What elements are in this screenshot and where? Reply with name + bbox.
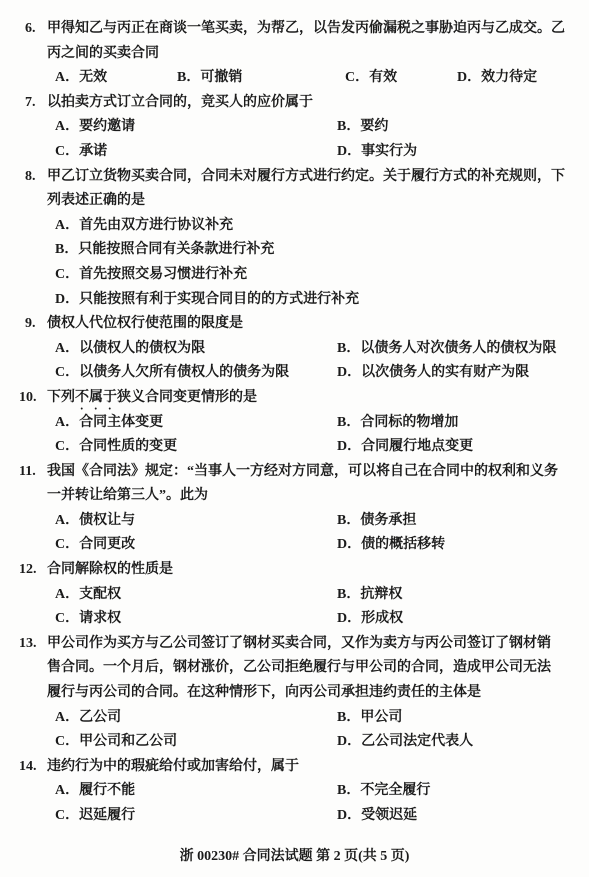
option-a: A．支配权 <box>55 583 337 608</box>
question-text: 违约行为中的瑕疵给付或加害给付，属于 <box>47 759 299 774</box>
option-d: D．受领迟延 <box>337 804 417 829</box>
question-14: 14. 违约行为中的瑕疵给付或加害给付，属于 A．履行不能 B．不完全履行 C．… <box>0 755 589 829</box>
option-b: B．抗辩权 <box>337 583 402 608</box>
question-number: 12. <box>19 558 37 583</box>
exam-page: 6. 甲得知乙与丙正在商谈一笔买卖，为帮乙，以告发丙偷漏税之事胁迫丙与乙成交。乙… <box>0 0 589 877</box>
question-number: 8. <box>25 165 36 190</box>
question-number: 11. <box>19 460 36 485</box>
question-number: 6. <box>25 17 36 42</box>
option-c: C．以债务人欠所有债权人的债务为限 <box>55 361 337 386</box>
option-c: C．甲公司和乙公司 <box>55 730 337 755</box>
question-text: 下列不属于狭义合同变更情形的是 <box>47 390 257 405</box>
option-b: B．合同标的物增加 <box>337 411 458 436</box>
question-12: 12. 合同解除权的性质是 A．支配权 B．抗辩权 C．请求权 D．形成权 <box>0 558 589 632</box>
question-text: 一并转让给第三人”。此为 <box>0 484 589 509</box>
emphasized-text: 不属于 <box>75 390 117 405</box>
question-number: 7. <box>25 91 36 116</box>
question-text: 以拍卖方式订立合同的，竞买人的应价属于 <box>47 95 313 110</box>
page-footer: 浙 00230# 合同法试题 第 2 页(共 5 页) <box>0 845 589 870</box>
question-number: 10. <box>19 386 37 411</box>
question-number: 13. <box>19 632 37 657</box>
exam-body: 6. 甲得知乙与丙正在商谈一笔买卖，为帮乙，以告发丙偷漏税之事胁迫丙与乙成交。乙… <box>0 0 589 829</box>
question-text: 甲乙订立货物买卖合同，合同未对履行方式进行约定。关于履行方式的补充规则，下 <box>47 169 565 184</box>
question-13: 13. 甲公司作为买方与乙公司签订了钢材买卖合同，又作为卖方与丙公司签订了钢材销… <box>0 632 589 755</box>
option-c: C．合同性质的变更 <box>55 435 337 460</box>
option-d: D．只能按照有利于实现合同目的的方式进行补充 <box>0 288 589 313</box>
option-c: C．合同更改 <box>55 533 337 558</box>
option-c: C．首先按照交易习惯进行补充 <box>0 263 589 288</box>
question-text: 我国《合同法》规定：“当事人一方经对方同意，可以将自己在合同中的权利和义务 <box>47 464 558 479</box>
option-b: B．债务承担 <box>337 509 416 534</box>
question-9: 9. 债权人代位权行使范围的限度是 A．以债权人的债权为限 B．以债务人对次债务… <box>0 312 589 386</box>
option-b: B．要约 <box>337 115 388 140</box>
question-text: 甲得知乙与丙正在商谈一笔买卖，为帮乙，以告发丙偷漏税之事胁迫丙与乙成交。乙 <box>47 21 565 36</box>
question-number: 14. <box>19 755 37 780</box>
option-a: A．以债权人的债权为限 <box>55 337 337 362</box>
option-a: A．要约邀请 <box>55 115 337 140</box>
question-number: 9. <box>25 312 36 337</box>
option-a: A．履行不能 <box>55 779 337 804</box>
question-8: 8. 甲乙订立货物买卖合同，合同未对履行方式进行约定。关于履行方式的补充规则，下… <box>0 165 589 313</box>
question-text: 合同解除权的性质是 <box>47 562 173 577</box>
option-d: D．合同履行地点变更 <box>337 435 473 460</box>
option-b: B．甲公司 <box>337 706 402 731</box>
option-c: C．有效 <box>345 66 457 91</box>
option-a: A．无效 <box>55 66 177 91</box>
option-d: D．形成权 <box>337 607 403 632</box>
option-b: B．可撤销 <box>177 66 345 91</box>
question-10: 10. 下列不属于狭义合同变更情形的是 A．合同主体变更 B．合同标的物增加 C… <box>0 386 589 460</box>
option-d: D．债的概括移转 <box>337 533 445 558</box>
option-c: C．承诺 <box>55 140 337 165</box>
question-text: 债权人代位权行使范围的限度是 <box>47 316 243 331</box>
question-text: 售合同。一个月后，钢材涨价，乙公司拒绝履行与甲公司的合同，造成甲公司无法 <box>0 656 589 681</box>
option-d: D．以次债务人的实有财产为限 <box>337 361 529 386</box>
option-a: A．债权让与 <box>55 509 337 534</box>
option-a: A．乙公司 <box>55 706 337 731</box>
option-a: A．首先由双方进行协议补充 <box>0 214 589 239</box>
question-text: 丙之间的买卖合同 <box>0 42 589 67</box>
question-text: 列表述正确的是 <box>0 189 589 214</box>
option-b: B．以债务人对次债务人的债权为限 <box>337 337 556 362</box>
question-11: 11. 我国《合同法》规定：“当事人一方经对方同意，可以将自己在合同中的权利和义… <box>0 460 589 558</box>
question-7: 7. 以拍卖方式订立合同的，竞买人的应价属于 A．要约邀请 B．要约 C．承诺 … <box>0 91 589 165</box>
option-d: D．事实行为 <box>337 140 417 165</box>
question-6: 6. 甲得知乙与丙正在商谈一笔买卖，为帮乙，以告发丙偷漏税之事胁迫丙与乙成交。乙… <box>0 17 589 91</box>
question-text: 履行与丙公司的合同。在这种情形下，向丙公司承担违约责任的主体是 <box>0 681 589 706</box>
option-b: B．只能按照合同有关条款进行补充 <box>0 238 589 263</box>
option-c: C．迟延履行 <box>55 804 337 829</box>
option-a: A．合同主体变更 <box>55 411 337 436</box>
option-d: D．乙公司法定代表人 <box>337 730 473 755</box>
option-b: B．不完全履行 <box>337 779 430 804</box>
option-d: D．效力待定 <box>457 66 537 91</box>
question-text: 甲公司作为买方与乙公司签订了钢材买卖合同，又作为卖方与丙公司签订了钢材销 <box>47 636 551 651</box>
option-c: C．请求权 <box>55 607 337 632</box>
